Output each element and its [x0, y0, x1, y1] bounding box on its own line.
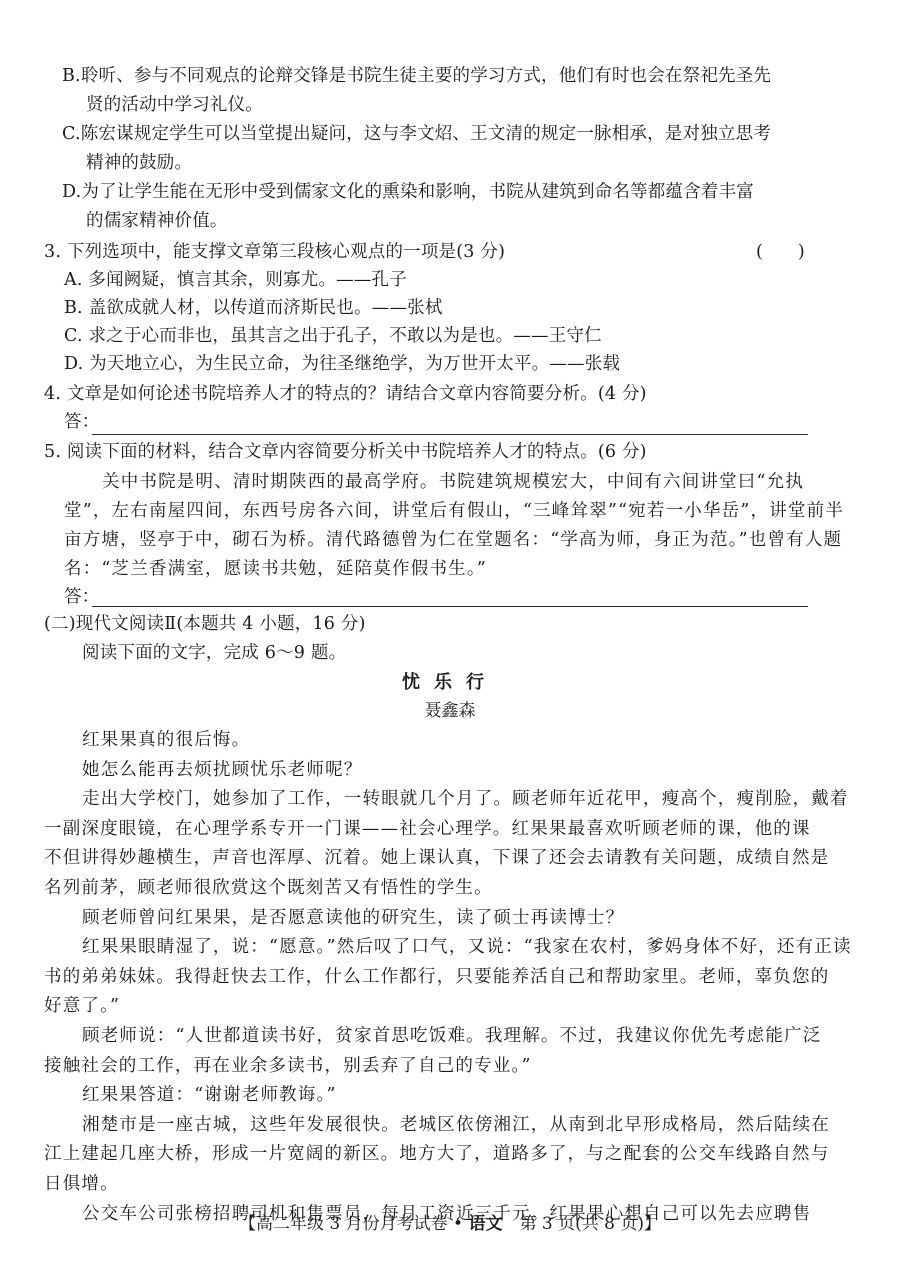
option-label: D. [62, 182, 81, 202]
section2-instruction: 阅读下面的文字，完成 6～9 题。 [82, 641, 346, 665]
footer-open-bracket: 【 [239, 1214, 256, 1234]
footer-subject: 语文 [468, 1214, 502, 1234]
story-line: 顾老师曾问红果果，是否愿意读他的研究生，读了硕士再读博士？ [82, 906, 624, 930]
page-footer: 【高二年级 3 月份月考试卷 • 语文 第 3 页(共 8 页)】 [0, 1212, 900, 1236]
story-author: 聂鑫森 [0, 699, 900, 723]
q5-material-line4: 名：“芝兰香满室，愿读书共勉，延陪莫作假书生。” [64, 557, 487, 581]
story-line: 走出大学校门，她参加了工作，一转眼就几个月了。顾老师年近花甲，瘦高个，瘦削脸，戴… [82, 787, 849, 811]
story-line: 日俱增。 [44, 1172, 119, 1196]
q3-stem: 3. 下列选项中，能支撑文章第三段核心观点的一项是(3 分) [44, 240, 505, 264]
story-line: 江上建起几座大桥，形成一片宽阔的新区。地方大了，道路多了，与之配套的公交车线路自… [44, 1142, 829, 1166]
q2-option-b-line1: B.聆听、参与不同观点的论辩交锋是书院生徒主要的学习方式，他们有时也会在祭祀先圣… [62, 64, 771, 88]
option-label: B. [62, 66, 81, 86]
q2-option-c-line1: C.陈宏谋规定学生可以当堂提出疑问，这与李文炤、王文清的规定一脉相承，是对独立思… [62, 122, 771, 146]
q4-answer-line[interactable] [92, 434, 808, 435]
story-line: 书的弟弟妹妹。我得赶快去工作，什么工作都行，只要能养活自己和帮助家里。老师，辜负… [44, 965, 829, 989]
q3-option-a: A. 多闻阙疑，慎言其余，则寡尤。——孔子 [64, 268, 407, 292]
q3-option-b: B. 盖欲成就人材，以传道而济斯民也。——张栻 [64, 296, 443, 320]
q2-option-c-line2: 精神的鼓励。 [86, 151, 192, 175]
q5-material-line1: 关中书院是明、清时期陕西的最高学府。书院建筑规模宏大，中间有六间讲堂曰“允执 [102, 470, 804, 494]
q3-option-c: C. 求之于心而非也，虽其言之出于孔子，不敢以为是也。——王守仁 [64, 324, 602, 348]
option-text: 为了让学生能在无形中受到儒家文化的熏染和影响，书院从建筑到命名等都蕴含着丰富 [81, 182, 754, 202]
story-line: 一副深度眼镜，在心理学系专开一门课——社会心理学。红果果最喜欢听顾老师的课，他的… [44, 817, 811, 841]
footer-exam-name: 高二年级 3 月份月考试卷 • [256, 1214, 468, 1234]
q4-stem: 4. 文章是如何论述书院培养人才的特点的？请结合文章内容简要分析。(4 分) [44, 382, 647, 406]
q3-option-d: D. 为天地立心，为生民立命，为往圣继绝学，为万世开太平。——张载 [64, 352, 620, 376]
footer-close-bracket: 】 [644, 1214, 661, 1234]
story-line: 红果果真的很后悔。 [82, 728, 250, 752]
q4-answer-label: 答： [64, 410, 99, 434]
q5-material-line2: 堂”，左右南屋四间，东西号房各六间，讲堂后有假山，“三峰耸翠”“宛若一小华岳”，… [64, 499, 844, 523]
q3-answer-bracket[interactable]: ( ) [756, 240, 805, 264]
story-line: 红果果眼睛湿了，说：“愿意。”然后叹了口气，又说：“我家在农村，爹妈身体不好，还… [82, 935, 852, 959]
exam-page: B.聆听、参与不同观点的论辩交锋是书院生徒主要的学习方式，他们有时也会在祭祀先圣… [0, 0, 900, 1283]
option-text: 陈宏谋规定学生可以当堂提出疑问，这与李文炤、王文清的规定一脉相承，是对独立思考 [81, 124, 771, 144]
story-line: 她怎么能再去烦扰顾忧乐老师呢？ [82, 758, 363, 782]
story-line: 接触社会的工作，再在业余多读书，别丢弃了自己的专业。” [44, 1054, 532, 1078]
story-line: 湘楚市是一座古城，这些年发展很快。老城区依傍湘江，从南到北早形成格局，然后陆续在 [82, 1113, 830, 1137]
q5-stem: 5. 阅读下面的材料，结合文章内容简要分析关中书院培养人才的特点。(6 分) [44, 440, 647, 464]
story-title: 忧乐行 [0, 671, 900, 695]
option-text: 聆听、参与不同观点的论辩交锋是书院生徒主要的学习方式，他们有时也会在祭祀先圣先 [81, 66, 771, 86]
story-line: 顾老师说：“人世都道读书好，贫家首思吃饭难。我理解。不过，我建议你优先考虑能广泛 [82, 1024, 821, 1048]
story-line: 红果果答道：“谢谢老师教诲。” [82, 1083, 337, 1107]
section2-heading: (二)现代文阅读Ⅱ(本题共 4 小题，16 分) [44, 612, 366, 636]
q5-answer-line[interactable] [92, 606, 808, 607]
q2-option-d-line2: 的儒家精神价值。 [86, 209, 228, 233]
q5-material-line3: 亩方塘，竖亭于中，砌石为桥。清代路德曾为仁在堂题名：“学高为师，身正为范。”也曾… [64, 528, 842, 552]
story-line: 名列前茅，顾老师很欣赏这个既刻苦又有悟性的学生。 [44, 876, 493, 900]
option-label: C. [62, 124, 81, 144]
q2-option-b-line2: 贤的活动中学习礼仪。 [86, 93, 263, 117]
story-line: 不但讲得妙趣横生，声音也浑厚、沉着。她上课认真，下课了还会去请教有关问题，成绩自… [44, 846, 829, 870]
story-line: 好意了。” [44, 994, 120, 1018]
q2-option-d-line1: D.为了让学生能在无形中受到儒家文化的熏染和影响，书院从建筑到命名等都蕴含着丰富 [62, 180, 754, 204]
footer-page-number: 第 3 页(共 8 页) [502, 1214, 644, 1234]
